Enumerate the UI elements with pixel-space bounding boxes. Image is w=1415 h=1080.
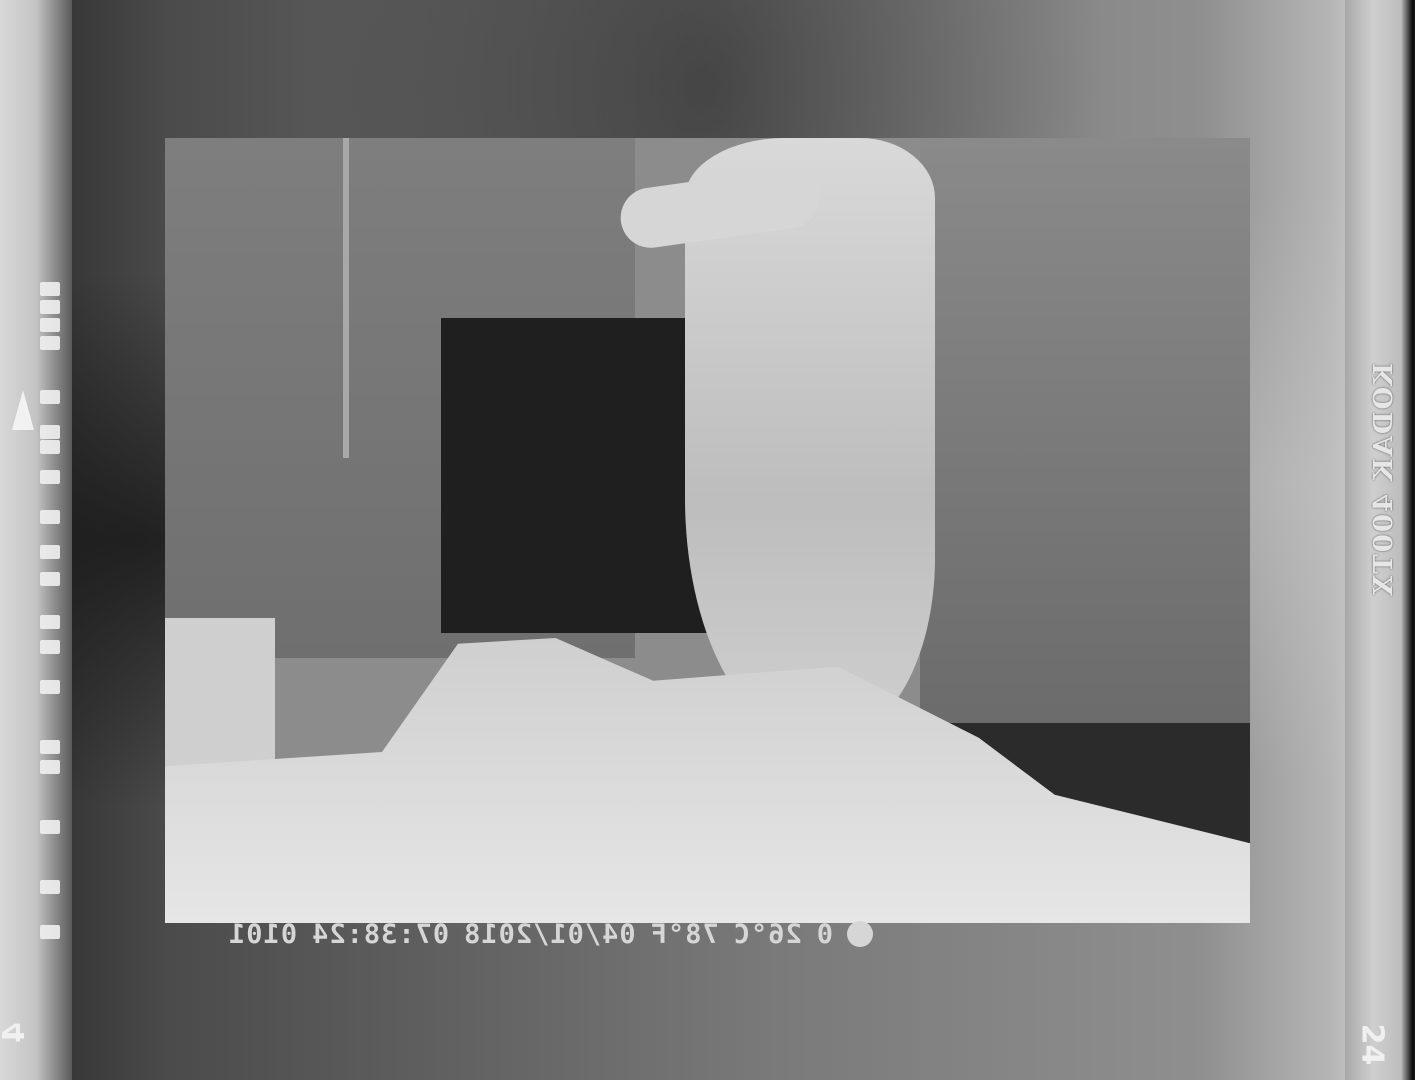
film-right-edge: KODAK 400TX <box>1345 0 1415 1080</box>
camera-data-strip: 0 26°C 78°F 04/01/2018 07:38:24 0101 <box>168 912 873 956</box>
camera-id: 0 <box>816 919 833 950</box>
frame-number-left: 4 <box>0 1022 32 1043</box>
sequence-number: 0101 <box>228 919 297 950</box>
edge-code-mark <box>40 820 60 834</box>
film-edge-marking: KODAK 400TX <box>1369 300 1409 660</box>
edge-code-mark <box>40 440 60 454</box>
vertical-pole <box>343 138 349 458</box>
edge-code-mark <box>40 880 60 894</box>
frame-number-right: 24 <box>1355 1024 1390 1066</box>
edge-code-mark <box>40 640 60 654</box>
film-edge-triangle-icon <box>12 390 34 430</box>
wall-right <box>920 138 1250 728</box>
edge-code-mark <box>40 740 60 754</box>
temperature-celsius: 26°C <box>733 919 802 950</box>
edge-code-mark <box>40 545 60 559</box>
edge-code-mark <box>40 336 60 350</box>
edge-code-mark <box>40 300 60 314</box>
film-left-edge <box>0 0 72 1080</box>
moon-phase-icon <box>847 921 873 947</box>
edge-code-mark <box>40 572 60 586</box>
edge-code-mark <box>40 760 60 774</box>
edge-code-mark <box>40 615 60 629</box>
edge-code-mark <box>40 680 60 694</box>
time: 07:38:24 <box>311 919 449 950</box>
edge-code-mark <box>40 925 60 939</box>
edge-code-mark <box>40 282 60 296</box>
temperature-fahrenheit: 78°F <box>650 919 719 950</box>
edge-code-mark <box>40 470 60 484</box>
edge-code-mark <box>40 318 60 332</box>
photo-frame <box>165 138 1250 923</box>
edge-code-mark <box>40 390 60 404</box>
date: 04/01/2018 <box>463 919 636 950</box>
edge-code-mark <box>40 510 60 524</box>
edge-code-mark <box>40 425 60 439</box>
